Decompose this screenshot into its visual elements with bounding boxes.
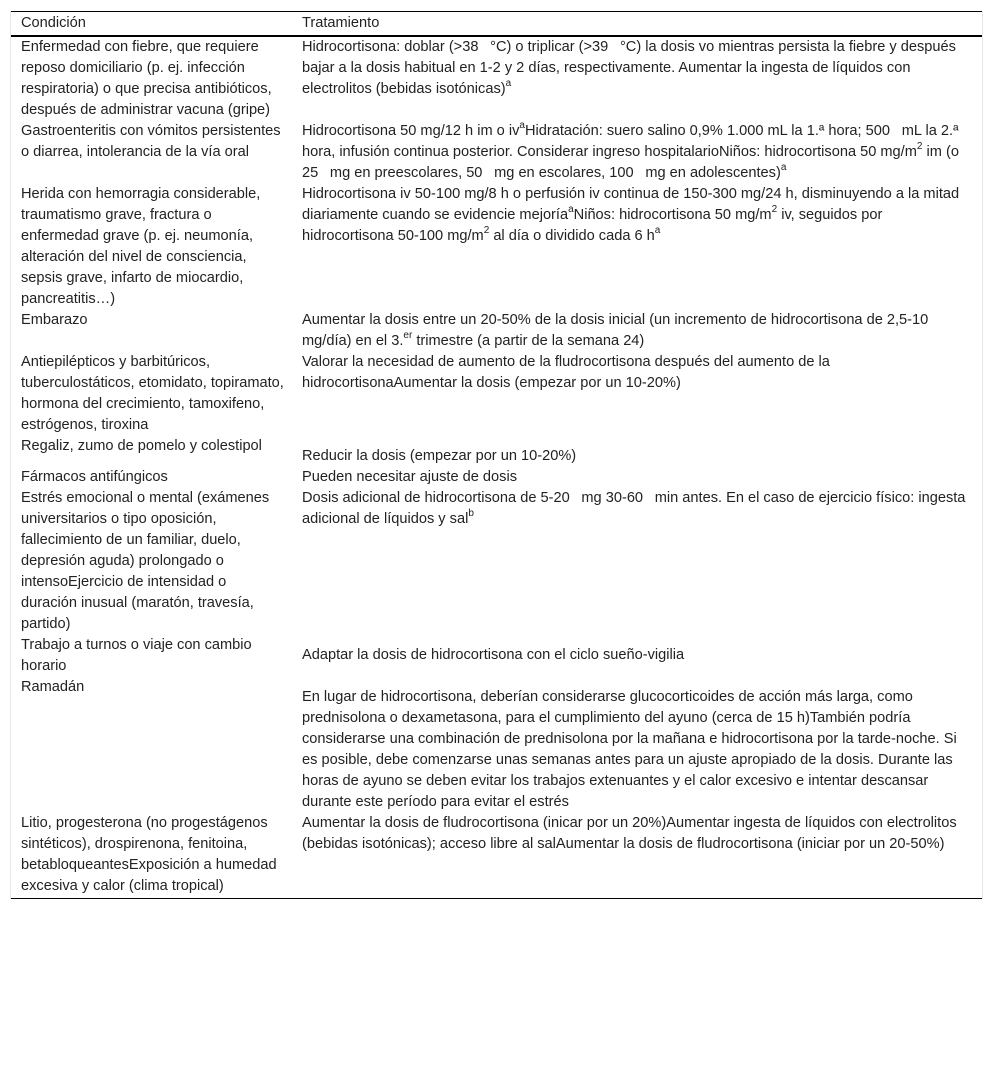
- treatment-text: En lugar de hidrocortisona, deberían con…: [302, 689, 957, 810]
- footnote-marker: 2: [917, 141, 923, 152]
- condition-cell: Enfermedad con fiebre, que requiere repo…: [11, 36, 292, 121]
- footnote-marker: b: [468, 508, 474, 519]
- treatment-text: Pueden necesitar ajuste de dosis: [302, 469, 517, 485]
- condition-cell: Antiepilépticos y barbitúricos, tubercul…: [11, 352, 292, 436]
- table-row: Regaliz, zumo de pomelo y colestipolRedu…: [11, 436, 982, 467]
- treatment-cell: Adaptar la dosis de hidrocortisona con e…: [292, 635, 982, 677]
- condition-cell: Trabajo a turnos o viaje con cambio hora…: [11, 635, 292, 677]
- table-row: Enfermedad con fiebre, que requiere repo…: [11, 36, 982, 121]
- treatment-cell: Hidrocortisona: doblar (>38 °C) o tripli…: [292, 36, 982, 121]
- table-row: RamadánEn lugar de hidrocortisona, deber…: [11, 677, 982, 813]
- treatment-cell: Pueden necesitar ajuste de dosis: [292, 467, 982, 488]
- treatment-text: Reducir la dosis (empezar por un 10-20%): [302, 448, 576, 464]
- condition-cell: Fármacos antifúngicos: [11, 467, 292, 488]
- table-row: Estrés emocional o mental (exámenes univ…: [11, 488, 982, 635]
- treatment-text: Valorar la necesidad de aumento de la fl…: [302, 354, 830, 391]
- treatment-text: al día o dividido cada 6 h: [489, 228, 655, 244]
- treatment-text: Dosis adicional de hidrocortisona de 5-2…: [302, 490, 965, 527]
- condition-cell: Litio, progesterona (no progestágenos si…: [11, 813, 292, 899]
- footnote-marker: a: [506, 78, 512, 89]
- table-row: EmbarazoAumentar la dosis entre un 20-50…: [11, 310, 982, 352]
- treatment-cell: Aumentar la dosis entre un 20-50% de la …: [292, 310, 982, 352]
- treatment-cell: Aumentar la dosis de fludrocortisona (in…: [292, 813, 982, 899]
- condition-cell: Herida con hemorragia considerable, trau…: [11, 184, 292, 310]
- condition-cell: Regaliz, zumo de pomelo y colestipol: [11, 436, 292, 467]
- table-body: Enfermedad con fiebre, que requiere repo…: [11, 36, 982, 899]
- treatment-text: Aumentar la dosis de fludrocortisona (in…: [302, 815, 957, 852]
- footnote-marker: er: [403, 330, 412, 341]
- table-row: Fármacos antifúngicosPueden necesitar aj…: [11, 467, 982, 488]
- footnote-marker: a: [781, 162, 787, 173]
- column-header-condition: Condición: [11, 12, 292, 37]
- treatment-text: Hidrocortisona: doblar (>38 °C) o tripli…: [302, 39, 956, 97]
- treatment-text: Hidrocortisona 50 mg/12 h im o iv: [302, 123, 519, 139]
- condition-cell: Gastroenteritis con vómitos persistentes…: [11, 121, 292, 184]
- treatment-cell: Valorar la necesidad de aumento de la fl…: [292, 352, 982, 436]
- column-header-treatment: Tratamiento: [292, 12, 982, 37]
- treatment-cell: Dosis adicional de hidrocortisona de 5-2…: [292, 488, 982, 635]
- treatment-text: Niños: hidrocortisona 50 mg/m: [574, 207, 772, 223]
- table-row: Trabajo a turnos o viaje con cambio hora…: [11, 635, 982, 677]
- treatment-text: Adaptar la dosis de hidrocortisona con e…: [302, 647, 684, 663]
- treatment-cell: Hidrocortisona 50 mg/12 h im o ivaHidrat…: [292, 121, 982, 184]
- treatment-cell: En lugar de hidrocortisona, deberían con…: [292, 677, 982, 813]
- treatment-table: Condición Tratamiento Enfermedad con fie…: [11, 11, 982, 899]
- treatment-cell: Reducir la dosis (empezar por un 10-20%): [292, 436, 982, 467]
- footnote-marker: a: [519, 120, 525, 131]
- footnote-marker: 2: [772, 204, 778, 215]
- treatment-text: trimestre (a partir de la semana 24): [412, 333, 644, 349]
- treatment-table-container: Condición Tratamiento Enfermedad con fie…: [10, 11, 983, 899]
- condition-cell: Embarazo: [11, 310, 292, 352]
- footnote-marker: 2: [484, 225, 490, 236]
- condition-cell: Ramadán: [11, 677, 292, 813]
- condition-cell: Estrés emocional o mental (exámenes univ…: [11, 488, 292, 635]
- table-row: Litio, progesterona (no progestágenos si…: [11, 813, 982, 899]
- table-row: Antiepilépticos y barbitúricos, tubercul…: [11, 352, 982, 436]
- table-row: Gastroenteritis con vómitos persistentes…: [11, 121, 982, 184]
- table-row: Herida con hemorragia considerable, trau…: [11, 184, 982, 310]
- footnote-marker: a: [568, 204, 574, 215]
- table-header-row: Condición Tratamiento: [11, 12, 982, 37]
- footnote-marker: a: [655, 225, 661, 236]
- treatment-cell: Hidrocortisona iv 50-100 mg/8 h o perfus…: [292, 184, 982, 310]
